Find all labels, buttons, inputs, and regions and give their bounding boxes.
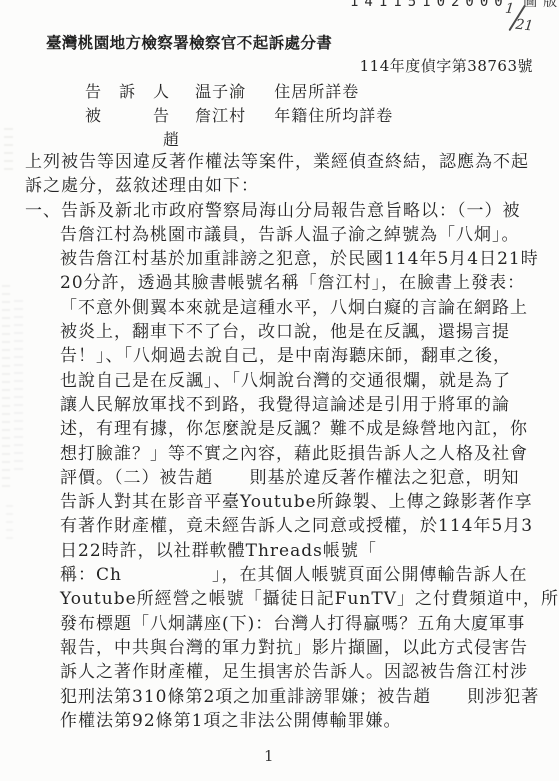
party-note: 住居所詳卷 bbox=[274, 79, 359, 102]
case-number: 114年度偵字第38763號 bbox=[360, 55, 533, 76]
bleedthrough-artifact bbox=[6, 505, 13, 539]
handwritten-denominator: 21 bbox=[515, 17, 534, 35]
body-line: 訴人之著作財產權，足生損害於告訴人。因認被告詹江村涉 bbox=[60, 660, 540, 684]
document-title: 臺灣桃園地方檢察署檢察官不起訴處分書 bbox=[46, 31, 332, 53]
body-line: 作權法第92條第1項之非法公開傳輸罪嫌。 bbox=[60, 709, 540, 733]
body-line: 發布標題「八炯講座(下)：台灣人打得贏嗎？五角大廈軍事 bbox=[60, 612, 540, 636]
body-line: 「不意外側翼本來就是這種水平，八炯白癡的言論在網路上 bbox=[60, 296, 540, 320]
body-line: 述，有理有據，你怎麼說是反諷？難不成是綠營地內訌，你 bbox=[60, 417, 540, 441]
party-name: 温子渝 bbox=[195, 79, 246, 102]
body-line: 告！」、「八炯過去說自己，是中南海聽床師，翻車之後， bbox=[60, 344, 540, 368]
handwritten-page-mark: 1 21 bbox=[499, 1, 538, 39]
party-role: 被 告 bbox=[85, 103, 171, 126]
party-row-defendant-2: 趙 bbox=[85, 127, 180, 150]
body-line: 有著作財產權，竟未經告訴人之同意或授權，於114年5月3 bbox=[60, 514, 540, 538]
party-name: 詹江村 bbox=[195, 103, 246, 126]
body-line: 讓人民解放軍找不到路，我覺得這論述是引用于將軍的論 bbox=[60, 393, 540, 417]
body-line: 告訴人對其在影音平臺Youtube所錄製、上傳之錄影著作享 bbox=[60, 490, 540, 514]
body-line: 被炎上，翻車下不了台，改口說，他是在反諷，還揚言提 bbox=[60, 320, 540, 344]
body-line: 被告詹江村基於加重誹謗之犯意，於民國114年5月4日21時 bbox=[60, 247, 540, 271]
body-line: 評價。（二）被告趙 則基於違反著作權法之犯意，明知 bbox=[60, 466, 540, 490]
bleedthrough-artifact bbox=[2, 285, 10, 490]
body-line: 報告，中共與台灣的軍力對抗」影片擷圖，以此方式侵害告 bbox=[60, 636, 540, 660]
body-line: Youtube所經營之帳號「攝徒日記FunTV」之付費頻道中，所 bbox=[60, 587, 540, 611]
party-note: 年籍住所均詳卷 bbox=[274, 103, 393, 126]
bleedthrough-artifact bbox=[14, 300, 23, 470]
page-number: 1 bbox=[264, 747, 274, 765]
body-line: 告詹江村為桃園市議員，告訴人温子渝之綽號為「八炯」。 bbox=[60, 223, 540, 247]
body-line: 一、告訴及新北市政府警察局海山分局報告意旨略以：（一）被 bbox=[25, 199, 540, 223]
party-name: 趙 bbox=[163, 127, 180, 150]
body-line: 20分許，透過其臉書帳號名稱「詹江村」，在臉書上發表： bbox=[60, 271, 540, 295]
body-text: 上列被告等因違反著作權法等案件，業經偵查終結，認應為不起 訴之處分，茲敘述理由如… bbox=[25, 150, 540, 733]
party-row-defendant-1: 被 告 詹江村 年籍住所均詳卷 bbox=[85, 103, 393, 126]
body-line: 犯刑法第310條第2項之加重誹謗罪嫌；被告趙 則涉犯著 bbox=[60, 685, 540, 709]
body-line: 日22時許，以社群軟體Threads帳號「 bbox=[60, 539, 540, 563]
party-row-complainant: 告 訴 人 温子渝 住居所詳卷 bbox=[85, 79, 359, 102]
document-page: 14115102000 圖版 1 21 臺灣桃園地方檢察署檢察官不起訴處分書 1… bbox=[0, 0, 559, 781]
handwritten-numerator: 1 bbox=[504, 1, 515, 18]
bleedthrough-artifact bbox=[4, 128, 13, 174]
party-role: 告 訴 人 bbox=[85, 79, 171, 102]
body-line: 稱：Ch 」，在其個人帳號頁面公開傳輸告訴人在 bbox=[60, 563, 540, 587]
body-line: 想打臉誰？」等不實之內容，藉此貶損告訴人之人格及社會 bbox=[60, 442, 540, 466]
body-line: 上列被告等因違反著作權法等案件，業經偵查終結，認應為不起 bbox=[25, 150, 540, 174]
body-line: 也說自己是在反諷」、「八炯說台灣的交通很爛，就是為了 bbox=[60, 369, 540, 393]
body-line: 訴之處分，茲敘述理由如下： bbox=[25, 174, 540, 198]
